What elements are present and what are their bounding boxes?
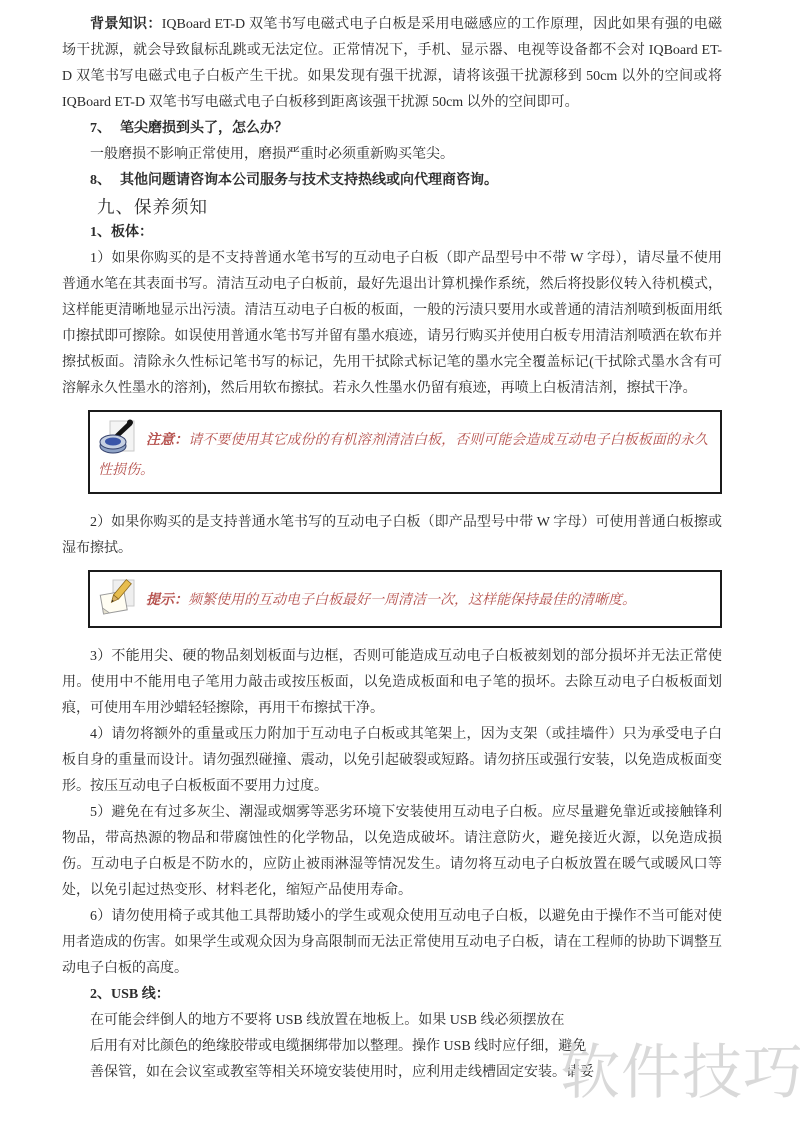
tip-label: 提示： <box>146 593 188 608</box>
usb-line-1: 在可能会绊倒人的地方不要将 USB 线放置在地板上。如果 USB 线必须摆放在 <box>62 1008 722 1034</box>
intro-paragraph: 背景知识：IQBoard ET-D 双笔书写电磁式电子白板是采用电磁感应的工作原… <box>62 12 722 116</box>
document-page: 背景知识：IQBoard ET-D 双笔书写电磁式电子白板是采用电磁感应的工作原… <box>0 0 800 1132</box>
board-para-3: 3）不能用尖、硬的物品刻划板面与边框，否则可能造成互动电子白板被刻划的部分损坏并… <box>62 644 722 722</box>
section-title: 九、保养须知 <box>62 194 722 220</box>
faq-item-8-heading: 8、其他问题请咨询本公司服务与技术支持热线或向代理商咨询。 <box>62 168 722 194</box>
caution-label: 注意： <box>146 433 188 448</box>
board-para-2: 2）如果你购买的是支持普通水笔书写的互动电子白板（即产品型号中带 W 字母）可使… <box>62 510 722 562</box>
caution-text: 请不要使用其它成份的有机溶剂清洁白板，否则可能会造成互动电子白板板面的永久性损伤… <box>98 433 708 478</box>
faq-item-8-title: 其他问题请咨询本公司服务与技术支持热线或向代理商咨询。 <box>120 173 498 188</box>
notice-box-tip: 提示：频繁使用的互动电子白板最好一周清洁一次，这样能保持最佳的清晰度。 <box>88 570 722 628</box>
board-heading: 1、板体： <box>62 220 722 246</box>
faq-item-7-heading: 7、笔尖磨损到头了，怎么办？ <box>62 116 722 142</box>
intro-label: 背景知识： <box>90 17 162 32</box>
faq-item-8-number: 8、 <box>90 168 120 194</box>
pencil-note-icon <box>98 578 138 618</box>
intro-text: IQBoard ET-D 双笔书写电磁式电子白板是采用电磁感应的工作原理，因此如… <box>62 17 722 110</box>
page-content: 背景知识：IQBoard ET-D 双笔书写电磁式电子白板是采用电磁感应的工作原… <box>62 12 722 1086</box>
board-para-1: 1）如果你购买的是不支持普通水笔书写的互动电子白板（即产品型号中不带 W 字母）… <box>62 246 722 402</box>
faq-item-7-number: 7、 <box>90 116 120 142</box>
faq-item-7-title: 笔尖磨损到头了，怎么办？ <box>120 121 288 136</box>
tip-text: 频繁使用的互动电子白板最好一周清洁一次，这样能保持最佳的清晰度。 <box>188 593 636 608</box>
board-para-4: 4）请勿将额外的重量或压力附加于互动电子白板或其笔架上，因为支架（或挂墙件）只为… <box>62 722 722 800</box>
notice-box-caution: 注意：请不要使用其它成份的有机溶剂清洁白板，否则可能会造成互动电子白板板面的永久… <box>88 410 722 494</box>
board-para-6: 6）请勿使用椅子或其他工具帮助矮小的学生或观众使用互动电子白板，以避免由于操作不… <box>62 904 722 982</box>
ink-stamp-icon <box>98 418 138 458</box>
board-para-5: 5）避免在有过多灰尘、潮湿或烟雾等恶劣环境下安装使用互动电子白板。应尽量避免靠近… <box>62 800 722 904</box>
usb-heading: 2、USB 线： <box>62 982 722 1008</box>
faq-item-7-answer: 一般磨损不影响正常使用，磨损严重时必须重新购买笔尖。 <box>62 142 722 168</box>
watermark: 软件技巧 <box>560 1040 800 1106</box>
